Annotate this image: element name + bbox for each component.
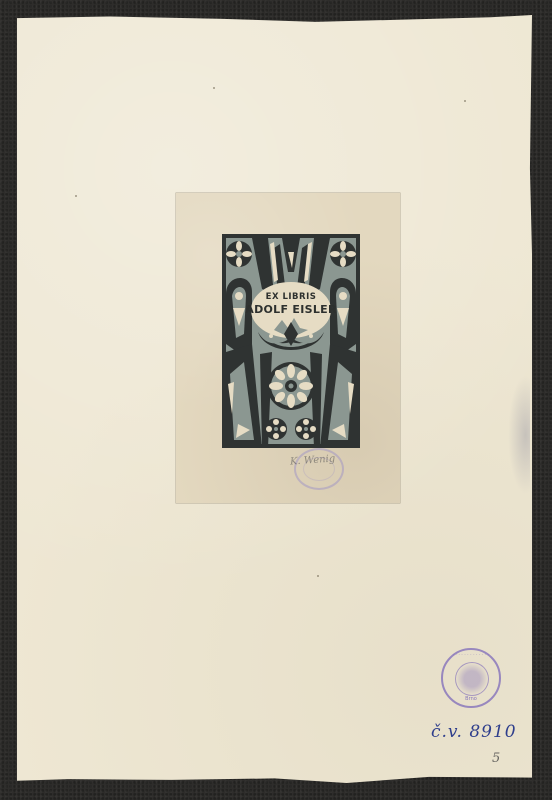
flower-icon xyxy=(265,418,287,440)
flower-icon xyxy=(226,241,252,267)
inventory-number: č.v. 8910 xyxy=(431,722,517,742)
flower-icon xyxy=(295,418,317,440)
stamp-emblem-icon xyxy=(455,662,489,696)
owner-name: ADOLF EISLER xyxy=(222,303,360,316)
rosette-icon xyxy=(267,362,315,410)
stamp-ring-text: · · · · · · · · · · · · · xyxy=(443,652,499,657)
paper-stain xyxy=(508,375,530,495)
page-mark: 5 xyxy=(492,751,500,766)
paper-speck xyxy=(317,575,319,577)
bookplate-card: EX LIBRIS ADOLF EISLER K. Wenig xyxy=(176,193,400,503)
stamp-city: Brno xyxy=(443,696,499,702)
collection-stamp: · · · · · · · · · · · · · Brno xyxy=(441,648,501,708)
flower-icon xyxy=(330,241,356,267)
ex-libris-print: EX LIBRIS ADOLF EISLER xyxy=(222,234,360,448)
paper-speck xyxy=(213,87,215,89)
paper-speck xyxy=(464,100,466,102)
paper-speck xyxy=(75,195,77,197)
woodcut-design xyxy=(222,234,360,448)
ex-libris-heading: EX LIBRIS xyxy=(222,292,360,302)
